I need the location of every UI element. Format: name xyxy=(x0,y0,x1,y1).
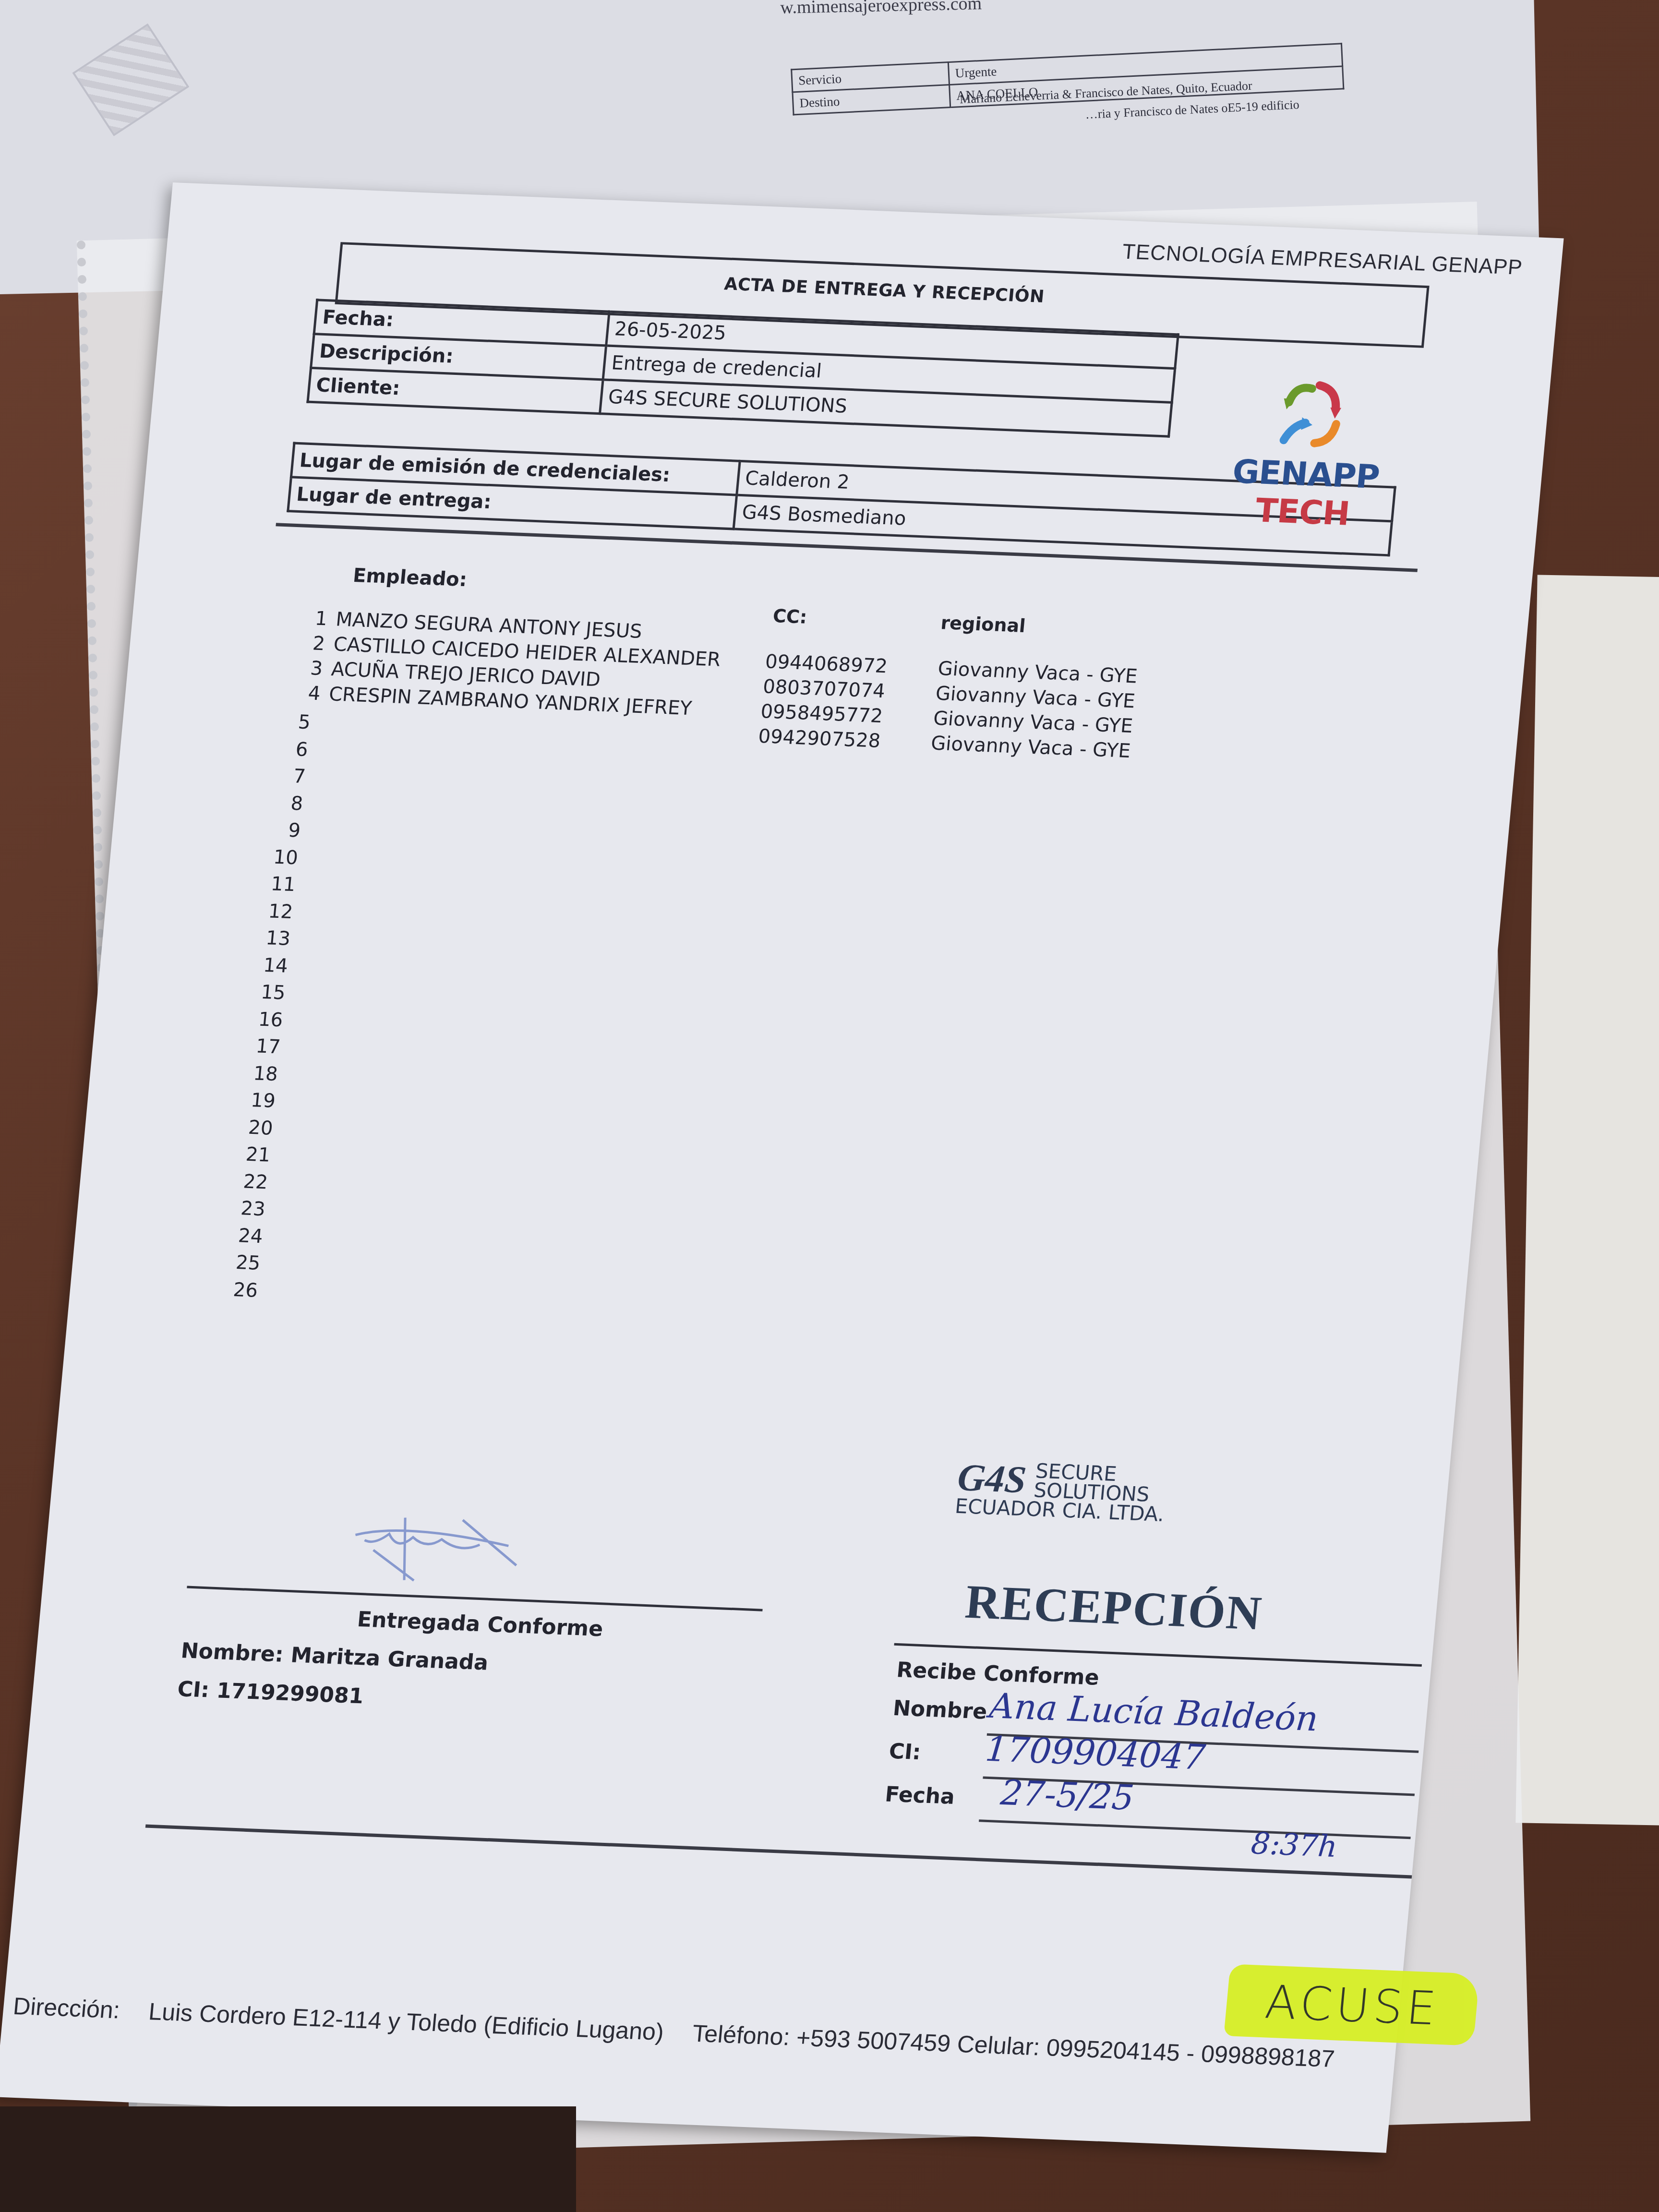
row-number: 22 xyxy=(238,1168,269,1196)
row-number: 21 xyxy=(240,1141,272,1169)
row-number: 14 xyxy=(258,951,289,980)
receiver-time-handwritten: 8:37h xyxy=(1250,1826,1339,1864)
desk-edge xyxy=(0,2106,576,2212)
row-number: 9 xyxy=(270,816,301,844)
row-number: 2 xyxy=(302,631,326,657)
row-number: 7 xyxy=(276,762,307,791)
row-number: 5 xyxy=(280,708,312,736)
footer: Dirección:Luis Cordero E12-114 y Toledo … xyxy=(12,1992,1336,2073)
g4s-logo-mark: G4S xyxy=(956,1458,1028,1499)
row-number: 3 xyxy=(300,656,324,682)
receiver-date-handwritten: 27-5/25 xyxy=(999,1772,1136,1818)
row-number: 6 xyxy=(278,735,309,763)
row-number: 20 xyxy=(243,1114,274,1142)
employee-list: 1 MANZO SEGURA ANTONY JESUS 2 CASTILLO C… xyxy=(295,606,1181,765)
logo-word-genapp: GENAPP xyxy=(1231,453,1381,496)
employee-column-header: Empleado: xyxy=(352,565,468,591)
empty-row-numbers: 567891011121314151617181920212223242526 xyxy=(228,708,312,1304)
cycle-arrows-icon xyxy=(1260,371,1364,456)
row-number: 15 xyxy=(255,978,287,1007)
delivery-signature-line xyxy=(187,1586,762,1611)
row-number: 13 xyxy=(260,925,291,953)
receiver-name-label: Nombre xyxy=(892,1696,988,1724)
row-number: 8 xyxy=(273,789,304,817)
receiver-date-label: Fecha xyxy=(884,1782,956,1809)
g4s-stamp: G4S SECURE SOLUTIONS ECUADOR CIA. LTDA. xyxy=(954,1458,1169,1524)
logo-text: GENAPP TECH xyxy=(1190,451,1418,536)
row-number: 18 xyxy=(248,1059,279,1088)
row-number: 1 xyxy=(304,606,328,632)
acuse-highlight: ACUSE xyxy=(1224,1964,1479,2045)
receiver-ci-handwritten: 1709904047 xyxy=(984,1729,1207,1778)
paper-stack xyxy=(1515,575,1659,1826)
genapp-tech-logo: GENAPP TECH xyxy=(1192,368,1426,521)
footer-address: Luis Cordero E12-114 y Toledo (Edificio … xyxy=(147,1998,665,2045)
acta-document: TECNOLOGÍA EMPRESARIAL GENAPP ACTA DE EN… xyxy=(0,182,1564,2153)
row-number: 19 xyxy=(245,1087,276,1115)
logo-word-tech: TECH xyxy=(1254,492,1351,533)
row-number: 16 xyxy=(253,1006,284,1034)
row-number: 10 xyxy=(268,843,299,872)
row-number: 25 xyxy=(230,1249,262,1277)
footer-address-label: Dirección: xyxy=(12,1993,121,2024)
row-number: 11 xyxy=(265,870,297,899)
recepcion-stamp: RECEPCIÓN xyxy=(963,1574,1264,1641)
row-number: 24 xyxy=(233,1222,264,1250)
courier-url: w.mimensajeroexpress.com xyxy=(780,0,982,18)
row-number: 17 xyxy=(250,1033,281,1061)
company-header: TECNOLOGÍA EMPRESARIAL GENAPP xyxy=(1121,240,1524,280)
row-number: 4 xyxy=(298,680,322,706)
row-number: 23 xyxy=(235,1195,266,1223)
delivery-title: Entregada Conforme xyxy=(356,1607,604,1641)
receiver-ci-label: CI: xyxy=(888,1739,922,1765)
document-title: ACTA DE ENTREGA Y RECEPCIÓN xyxy=(723,274,1046,307)
row-number: 26 xyxy=(228,1276,259,1304)
delivery-name: Nombre: Maritza Granada xyxy=(180,1638,490,1675)
footer-divider xyxy=(145,1824,1412,1878)
row-number: 12 xyxy=(263,897,294,926)
delivery-ci: CI: 1719299081 xyxy=(176,1677,364,1708)
delivery-signature xyxy=(341,1506,530,1590)
acuse-note: ACUSE xyxy=(1263,1975,1442,2036)
date-line xyxy=(979,1819,1411,1839)
qr-code-ghost xyxy=(72,24,189,136)
